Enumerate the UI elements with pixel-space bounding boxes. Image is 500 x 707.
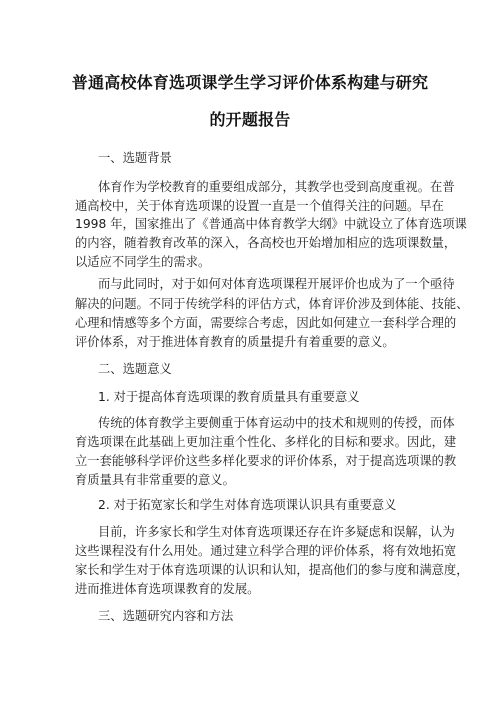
paragraph-line: 传统的体育教学主要侧重于体育运动中的技术和规则的传授，而体 <box>98 415 455 431</box>
paragraph-line: 目前，许多家长和学生对体育选项课还存在许多疑虑和误解，认为 <box>98 524 455 540</box>
document-title-line-1: 普通高校体育选项课学生学习评价体系构建与研究 <box>0 70 500 93</box>
section-heading-significance: 二、选题意义 <box>98 361 172 377</box>
subsection-heading-1: 1. 对于提高体育选项课的教育质量具有重要意义 <box>98 389 360 405</box>
paragraph-line: 家长和学生对于体育选项课的认识和认知，提高他们的参与度和满意度， <box>75 562 469 578</box>
paragraph-line: 而与此同时，对于如何对体育选项课程开展评价也成为了一个亟待 <box>98 276 455 292</box>
document-page: 普通高校体育选项课学生学习评价体系构建与研究 的开题报告 一、选题背景 体育作为… <box>0 0 500 707</box>
section-heading-background: 一、选题背景 <box>98 150 172 166</box>
paragraph-line: 1998 年，国家推出了《普通高中体育教学大纲》中就设立了体育选项课 <box>75 216 467 232</box>
paragraph-line: 以适应不同学生的需求。 <box>75 254 210 270</box>
paragraph-line: 心理和情感等多个方面，需要综合考虑，因此如何建立一套科学合理的 <box>75 315 456 331</box>
paragraph-line: 育选项课在此基础上更加注重个性化、多样化的目标和要求。因此，建 <box>75 434 456 450</box>
document-title-line-2: 的开题报告 <box>0 107 500 130</box>
section-heading-research-content: 三、选题研究内容和方法 <box>98 608 233 624</box>
paragraph-line: 进而推进体育选项课教育的发展。 <box>75 581 259 597</box>
paragraph-line: 解决的问题。不同于传统学科的评估方式，体育评价涉及到体能、技能、 <box>75 296 469 312</box>
paragraph-line: 评价体系，对于推进体育教育的质量提升有着重要的意义。 <box>75 334 395 350</box>
paragraph-line: 的内容，随着教育改革的深入，各高校也开始增加相应的选项课数量， <box>75 235 456 251</box>
paragraph-line: 这些课程没有什么用处。通过建立科学合理的评价体系，将有效地拓宽 <box>75 543 456 559</box>
paragraph-line: 通高校中，关于体育选项课的设置一直是一个值得关注的问题。早在 <box>75 198 444 214</box>
paragraph-line: 体育作为学校教育的重要组成部分，其教学也受到高度重视。在普 <box>98 179 455 195</box>
subsection-heading-2: 2. 对于拓宽家长和学生对体育选项课认识具有重要意义 <box>98 497 396 513</box>
paragraph-line: 育质量具有非常重要的意义。 <box>75 472 235 488</box>
paragraph-line: 立一套能够科学评价这些多样化要求的评价体系，对于提高选项课的教 <box>75 453 456 469</box>
